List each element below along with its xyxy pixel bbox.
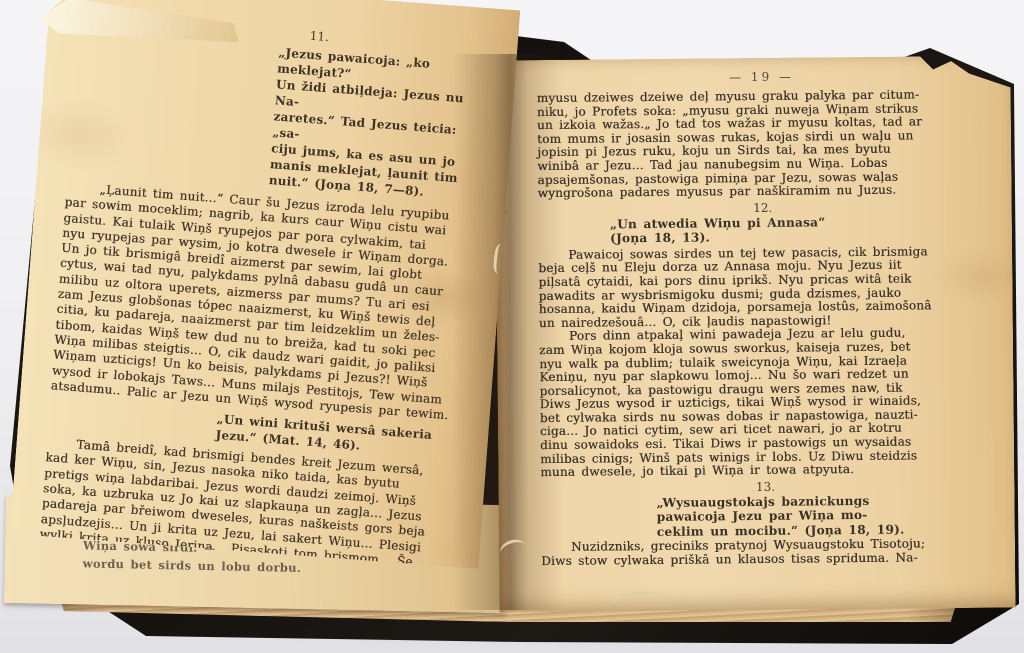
- right-paragraph-1: myusu dzeiwes dzeiwe deļ myusu graku pal…: [537, 88, 988, 201]
- right-page-number: — 19 —: [536, 68, 986, 86]
- section-12-paragraph-b: Pors dinn atpakaļ wini pawadeja Jezu ar …: [539, 326, 990, 480]
- section-13-paragraph: Nuzidzniks, greciniks pratynoj Wysuaugst…: [541, 537, 991, 569]
- left-page-content: 11. „Jezus pawaicoja: „ko meklejat?“ Un …: [10, 0, 521, 569]
- right-page-content: — 19 — myusu dzeiwes dzeiwe deļ myusu gr…: [494, 56, 1015, 613]
- left-verse-1: „Jezus pawaicoja: „ko meklejat?“ Un židi…: [268, 44, 492, 204]
- photo-of-open-book: Wiņa sowā sirdi. — wordu bet sirds un lo…: [0, 0, 1024, 653]
- section-13-heading: „Wysuaugstokajs baznickungs pawaicoja Je…: [657, 493, 991, 540]
- section-12-heading: „Un atwedia Wiņu pi Annasa“ (Joņa 18, 13…: [610, 214, 988, 247]
- left-paragraph-1: „Ļaunit tim nuit...“ Caur šu Jezus izrod…: [50, 180, 481, 425]
- right-page: — 19 — myusu dzeiwes dzeiwe deļ myusu gr…: [494, 56, 1015, 613]
- left-page: 11. „Jezus pawaicoja: „ko meklejat?“ Un …: [10, 0, 521, 569]
- section-12-paragraph-a: Pawaicoj sowas sirdes un tej tew pasacis…: [538, 245, 989, 331]
